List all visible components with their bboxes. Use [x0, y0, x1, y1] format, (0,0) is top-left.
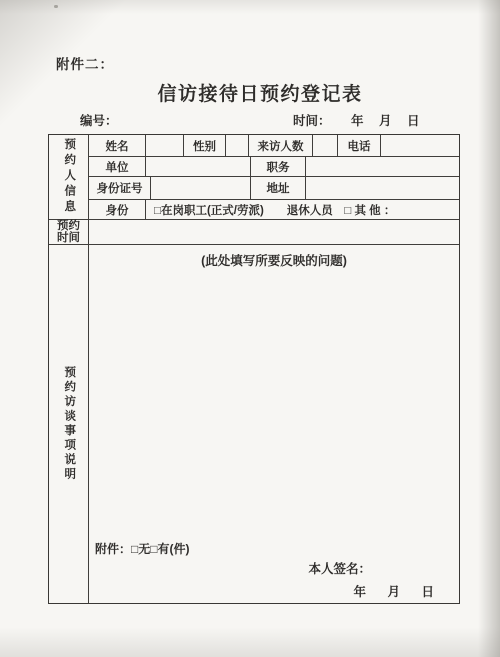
matters-content-cell: (此处填写所要反映的问题) 附件：□无□有(件) 本人签名： 年 月 日 [89, 245, 459, 603]
gender-label-cell: 性别 [184, 135, 226, 157]
appointment-time-header-cell: 预约时间 [49, 220, 88, 245]
identity-options-cell: □在岗职工(正式/劳派) 退休人员 □ 其 他 ： [146, 200, 459, 220]
address-value-cell [306, 177, 459, 200]
phone-label-cell: 电话 [338, 135, 381, 157]
position-label-cell: 职务 [251, 157, 306, 177]
name-value-cell [146, 135, 184, 157]
visitors-value-cell [313, 135, 338, 157]
person-info-header-cell: 预约人信息 [49, 135, 88, 220]
header-date-placeholder: 年 月 日 [351, 111, 425, 129]
position-value-cell [306, 157, 459, 177]
form-title: 信访接待日预约登记表 [140, 79, 380, 106]
signature-label: 本人签名： [308, 559, 371, 577]
table-row-3: 身份证号 地址 [89, 177, 459, 200]
table-row-1: 姓名 性别 来访人数 电话 [89, 135, 459, 157]
registration-table: 预约人信息 预约时间 预约访谈事项说明 姓名 性别 来访人数 电话 单位 职务 … [48, 134, 460, 604]
person-info-header: 预约人信息 [63, 138, 75, 216]
paper-speck [54, 5, 58, 8]
matters-header: 预约访谈事项说明 [63, 366, 75, 482]
matters-header-cell: 预约访谈事项说明 [49, 245, 88, 603]
attachment-note: 附件二： [56, 53, 114, 73]
identity-label-cell: 身份 [89, 200, 146, 220]
phone-value-cell [381, 135, 459, 157]
table-row-4: 身份 □在岗职工(正式/劳派) 退休人员 □ 其 他 ： [89, 200, 459, 220]
visitors-label-cell: 来访人数 [249, 135, 313, 157]
table-left-header-column: 预约人信息 预约时间 预约访谈事项说明 [49, 135, 89, 603]
time-label: 时间： [293, 111, 331, 129]
address-label-cell: 地址 [251, 177, 306, 200]
table-row-5 [89, 220, 459, 245]
id-value-cell [151, 177, 251, 200]
table-row-2: 单位 职务 [89, 157, 459, 177]
table-row-6: (此处填写所要反映的问题) 附件：□无□有(件) 本人签名： 年 月 日 [89, 245, 459, 603]
number-label: 编号： [80, 111, 118, 129]
table-body: 姓名 性别 来访人数 电话 单位 职务 身份证号 地址 身份 □在岗职工(正式/… [89, 135, 459, 603]
matters-hint: (此处填写所要反映的问题) [89, 251, 459, 269]
gender-value-cell [226, 135, 249, 157]
id-label-cell: 身份证号 [89, 177, 151, 200]
footer-date-placeholder: 年 月 日 [354, 582, 443, 600]
appointment-time-value-cell [89, 220, 459, 245]
name-label-cell: 姓名 [89, 135, 146, 157]
attachment-checkbox-line: 附件：□无□有(件) [95, 540, 190, 557]
appointment-time-header: 预约时间 [57, 220, 80, 244]
unit-value-cell [146, 157, 251, 177]
unit-label-cell: 单位 [89, 157, 146, 177]
